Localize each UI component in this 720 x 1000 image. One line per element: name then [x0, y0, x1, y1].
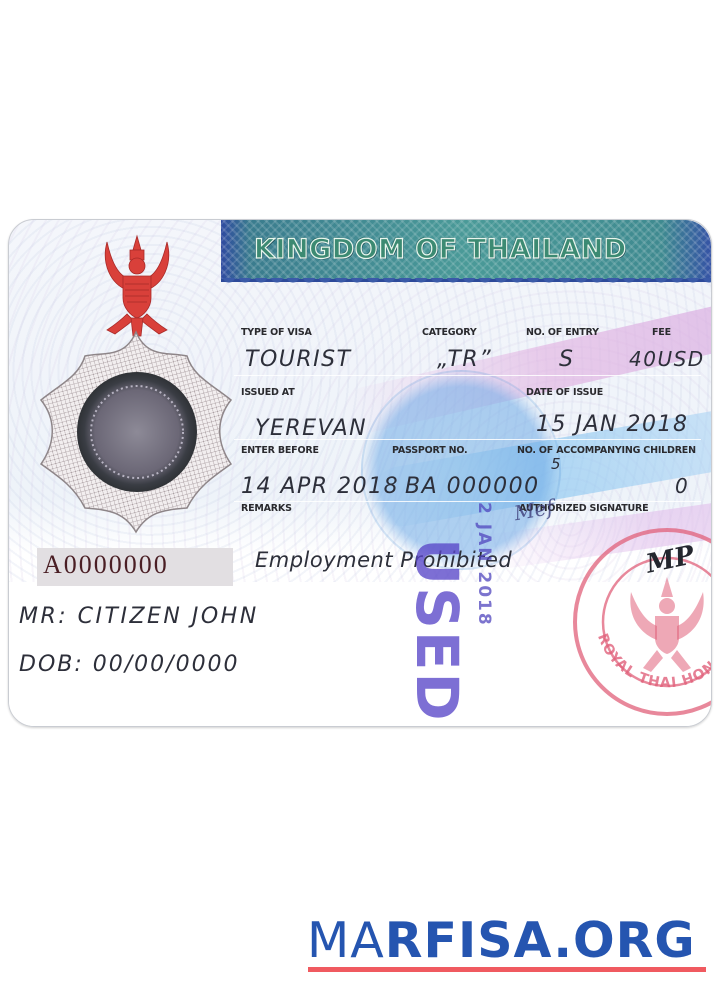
- serial-number: A0000000: [43, 550, 169, 580]
- type-of-visa-label: TYPE OF VISA: [241, 327, 312, 338]
- category-value: „TR”: [437, 347, 492, 372]
- logo-text-bold: RFISA: [385, 912, 554, 969]
- site-logo[interactable]: MARFISA.ORG: [307, 912, 696, 969]
- garuda-emblem-icon: [97, 234, 177, 340]
- hologram-rosette-icon: [37, 328, 235, 536]
- accompanying-children-annotation: 5: [551, 455, 562, 473]
- fee-label: FEE: [652, 327, 671, 338]
- no-of-entry-label: NO. OF ENTRY: [526, 327, 599, 338]
- date-of-issue-label: DATE OF ISSUE: [526, 387, 603, 398]
- remarks-label: REMARKS: [241, 503, 292, 514]
- holder-name: MR: CITIZEN JOHN: [19, 604, 259, 629]
- logo-text-tld: .ORG: [553, 912, 695, 969]
- no-of-entry-value: S: [559, 347, 574, 372]
- issued-at-value: YEREVAN: [255, 416, 367, 441]
- fee-value: 40USD: [629, 347, 705, 371]
- country-title: KINGDOM OF THAILAND: [254, 234, 627, 265]
- used-stamp-date: 2 JAN 2018: [474, 502, 494, 627]
- category-label: CATEGORY: [422, 327, 477, 338]
- date-of-issue-value: 15 JAN 2018: [536, 412, 688, 437]
- form-divider: [234, 375, 701, 376]
- holder-dob: DOB: 00/00/0000: [19, 652, 240, 677]
- passport-no-label: PASSPORT NO.: [392, 445, 467, 456]
- visa-card: KINGDOM OF THAILAND: [8, 219, 712, 727]
- form-divider: [234, 439, 701, 440]
- form-divider: [234, 501, 701, 502]
- enter-before-label: ENTER BEFORE: [241, 445, 319, 456]
- banner-wave-edge: [221, 278, 711, 286]
- issued-at-label: ISSUED AT: [241, 387, 294, 398]
- passport-no-value: BA 000000: [405, 474, 540, 499]
- logo-underline: [308, 967, 706, 972]
- used-stamp: USED: [403, 538, 471, 723]
- accompanying-children-label: NO. OF ACCOMPANYING CHILDREN: [517, 445, 696, 456]
- logo-text-regular: MA: [307, 912, 385, 969]
- enter-before-value: 14 APR 2018: [241, 474, 399, 499]
- accompanying-children-value: 0: [675, 474, 689, 498]
- type-of-visa-value: TOURIST: [245, 347, 352, 372]
